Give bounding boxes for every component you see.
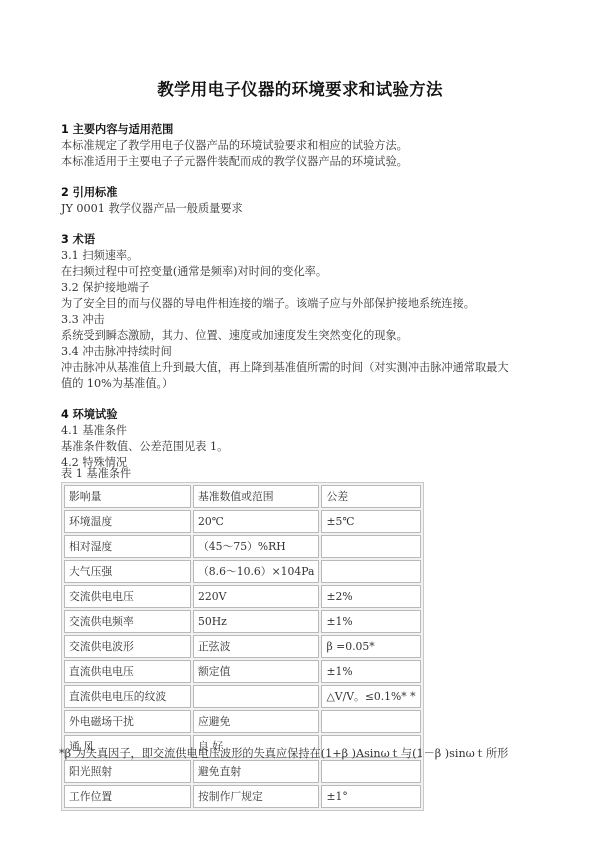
section-1-line-2: 本标准适用于主要电子子元器件装配而成的教学仪器产品的环境试验。 <box>61 155 408 169</box>
table-cell: 220V <box>193 585 319 608</box>
table-cell: β =0.05* <box>321 635 420 658</box>
table-cell: ±5℃ <box>321 510 420 533</box>
reference-conditions-table: 影响量 基准数值或范围 公差 环境温度 20℃ ±5℃ 相对湿度 （45～75）… <box>61 482 424 811</box>
document-page: 教学用电子仪器的环境要求和试验方法 1 主要内容与适用范围 本标准规定了教学用电… <box>0 0 600 849</box>
table-cell: ±1° <box>321 785 420 808</box>
table-cell <box>193 685 319 708</box>
table-row: 交流供电频率 50Hz ±1% <box>64 610 421 633</box>
table-cell: ±1% <box>321 660 420 683</box>
header-cell: 基准数值或范围 <box>193 485 319 508</box>
table-cell: 直流供电电压 <box>64 660 191 683</box>
table-cell: 交流供电波形 <box>64 635 191 658</box>
table-row: 阳光照射 避免直射 <box>64 760 421 783</box>
table-row: 外电磁场干扰 应避免 <box>64 710 421 733</box>
header-cell: 影响量 <box>64 485 191 508</box>
section-3-line-4: 为了安全目的而与仪器的导电件相连接的端子。该端子应与外部保护接地系统连接。 <box>61 297 475 311</box>
table-cell <box>321 760 420 783</box>
table-cell <box>321 710 420 733</box>
table-cell: 20℃ <box>193 510 319 533</box>
table-cell: 避免直射 <box>193 760 319 783</box>
table-row: 交流供电电压 220V ±2% <box>64 585 421 608</box>
table-cell: 相对湿度 <box>64 535 191 558</box>
section-3-line-9: 值的 10%为基准值。） <box>61 377 173 391</box>
table-cell: （8.6～10.6）×104Pa <box>193 560 319 583</box>
table-cell: 额定值 <box>193 660 319 683</box>
table-row: 直流供电电压 额定值 ±1% <box>64 660 421 683</box>
table-header-row: 影响量 基准数值或范围 公差 <box>64 485 421 508</box>
table-cell: 交流供电电压 <box>64 585 191 608</box>
section-3-line-6: 系统受到瞬态激励，其力、位置、速度或加速度发生突然变化的现象。 <box>61 329 408 343</box>
table-row: 大气压强 （8.6～10.6）×104Pa <box>64 560 421 583</box>
section-4-line-1: 4.1 基准条件 <box>61 424 127 438</box>
table-row: 直流供电电压的纹波 △V/V。≤0.1%* * <box>64 685 421 708</box>
table-cell: 应避免 <box>193 710 319 733</box>
section-2-line-1: JY 0001 教学仪器产品一般质量要求 <box>61 202 243 216</box>
table-cell: （45～75）%RH <box>193 535 319 558</box>
table-row: 环境温度 20℃ ±5℃ <box>64 510 421 533</box>
section-1-heading: 1 主要内容与适用范围 <box>61 123 173 137</box>
section-4-line-2: 基准条件数值、公差范围见表 1。 <box>61 440 228 454</box>
table-cell: 大气压强 <box>64 560 191 583</box>
section-3-line-8: 冲击脉冲从基准值上升到最大值，再上降到基准值所需的时间（对实测冲击脉冲通常取最大 <box>61 361 509 375</box>
document-title: 教学用电子仪器的环境要求和试验方法 <box>0 76 600 100</box>
table-cell: 直流供电电压的纹波 <box>64 685 191 708</box>
table-cell: 工作位置 <box>64 785 191 808</box>
section-4-heading: 4 环境试验 <box>61 408 117 422</box>
section-1-line-1: 本标准规定了教学用电子仪器产品的环境试验要求和相应的试验方法。 <box>61 139 408 153</box>
table-row: 相对湿度 （45～75）%RH <box>64 535 421 558</box>
table-cell: 正弦波 <box>193 635 319 658</box>
table-cell: 按制作厂规定 <box>193 785 319 808</box>
table-row: 交流供电波形 正弦波 β =0.05* <box>64 635 421 658</box>
section-3-line-7: 3.4 冲击脉冲持续时间 <box>61 345 172 359</box>
table-cell: 环境温度 <box>64 510 191 533</box>
table-cell: 外电磁场干扰 <box>64 710 191 733</box>
table-cell: 交流供电频率 <box>64 610 191 633</box>
table-row: 工作位置 按制作厂规定 ±1° <box>64 785 421 808</box>
table-cell: ±2% <box>321 585 420 608</box>
table-cell: 50Hz <box>193 610 319 633</box>
table-cell <box>321 560 420 583</box>
table-cell <box>321 535 420 558</box>
section-3-line-3: 3.2 保护接地端子 <box>61 281 149 295</box>
section-3-line-2: 在扫频过程中可控变量(通常是频率)对时间的变化率。 <box>61 265 327 279</box>
table-cell: △V/V。≤0.1%* * <box>321 685 420 708</box>
section-3-heading: 3 术语 <box>61 233 95 247</box>
header-cell: 公差 <box>321 485 420 508</box>
table-cell: 阳光照射 <box>64 760 191 783</box>
table-caption: 表 1 基准条件 <box>61 467 131 481</box>
section-3-line-1: 3.1 扫频速率。 <box>61 249 138 263</box>
section-2-heading: 2 引用标准 <box>61 186 117 200</box>
footnote: *β 为失真因子，即交流供电电压波形的失真应保持在(1+β )Asinωｔ与(1… <box>59 747 508 761</box>
table-cell: ±1% <box>321 610 420 633</box>
section-3-line-5: 3.3 冲击 <box>61 313 105 327</box>
